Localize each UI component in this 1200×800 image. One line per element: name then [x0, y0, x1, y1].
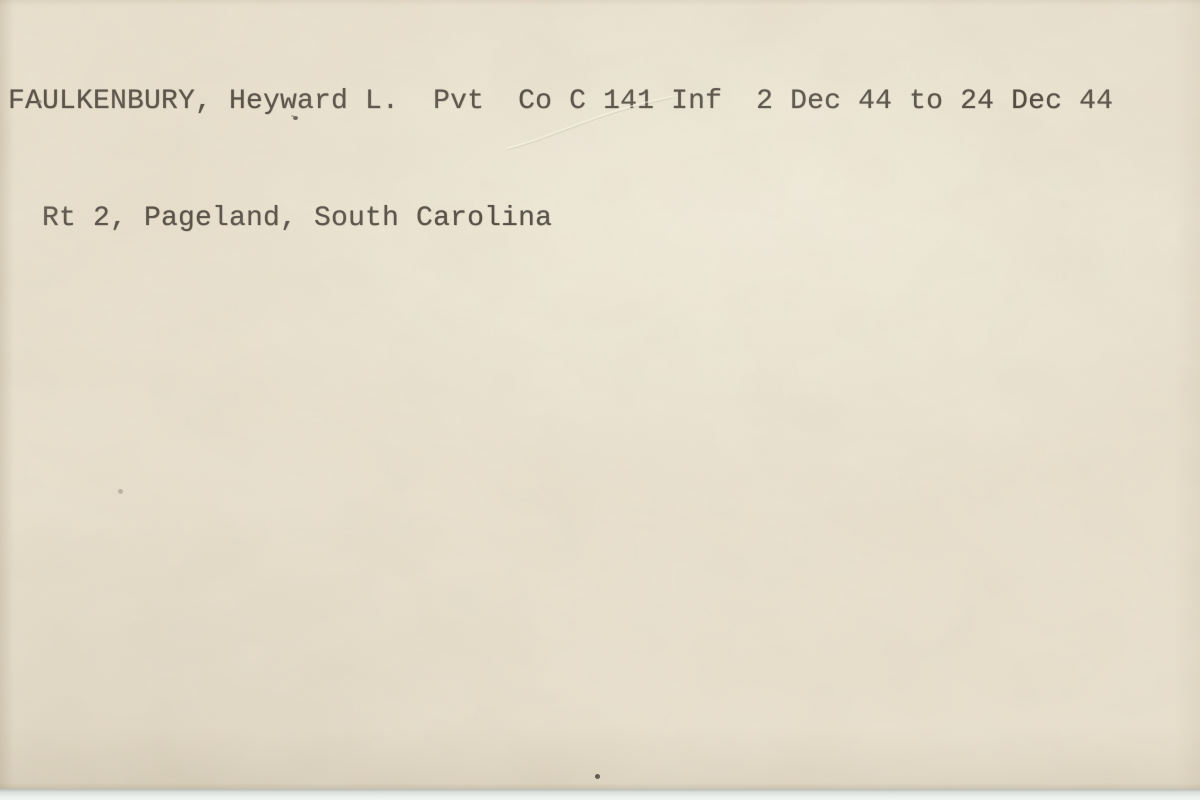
scanner-edge-strip: [0, 789, 1200, 800]
card-line-name-rank-unit-dates: FAULKENBURY, Heyward L. Pvt Co C 141 Inf…: [8, 82, 1113, 121]
ink-speck: [118, 489, 123, 494]
typed-text-block: FAULKENBURY, Heyward L. Pvt Co C 141 Inf…: [8, 4, 1113, 316]
card-line-address: Rt 2, Pageland, South Carolina: [42, 199, 1113, 238]
scanned-index-card: FAULKENBURY, Heyward L. Pvt Co C 141 Inf…: [0, 0, 1200, 800]
index-card-surface: FAULKENBURY, Heyward L. Pvt Co C 141 Inf…: [0, 0, 1200, 790]
ink-speck: [595, 774, 600, 779]
